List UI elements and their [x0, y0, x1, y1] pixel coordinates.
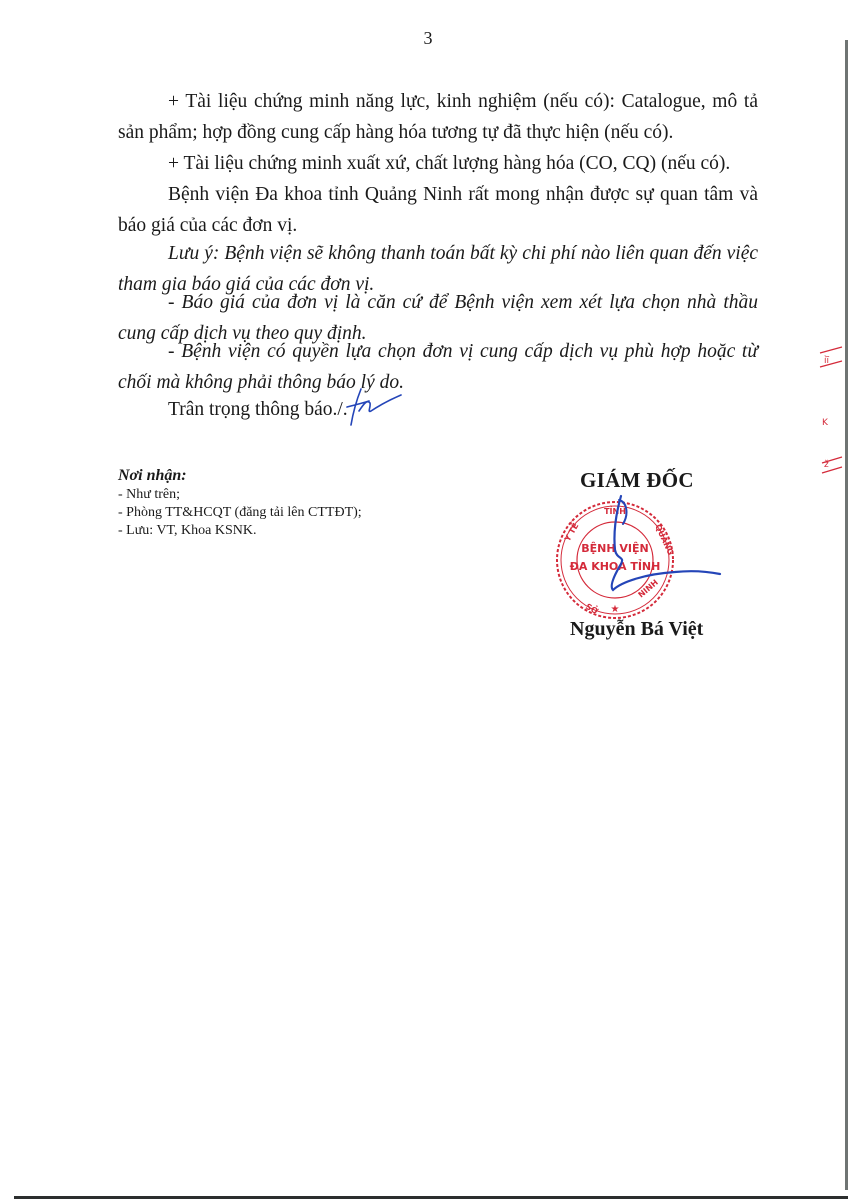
paragraph-closing: Trân trọng thông báo./.: [118, 394, 758, 425]
svg-text:K: K: [822, 418, 829, 428]
paragraph-hospital-request: Bệnh viện Đa khoa tỉnh Quảng Ninh rất mo…: [118, 179, 758, 241]
official-stamp-icon: TỈNH BỆNH VIỆN ĐA KHOA TỈNH Y TẾ QUẢNG S…: [555, 490, 735, 620]
svg-text:★: ★: [611, 604, 620, 615]
paragraph-origin-docs: + Tài liệu chứng minh xuất xứ, chất lượn…: [118, 148, 758, 179]
recipients-heading: Nơi nhận:: [118, 466, 362, 486]
paragraph-capability-docs: + Tài liệu chứng minh năng lực, kinh ngh…: [118, 86, 758, 148]
svg-text:TỈNH: TỈNH: [604, 505, 626, 516]
page-number: 3: [424, 28, 433, 49]
initial-signature-icon: [337, 383, 407, 433]
scan-page-edge-bottom: [14, 1196, 848, 1199]
scan-page-edge-right: [845, 40, 848, 1190]
svg-text:NINH: NINH: [637, 578, 660, 600]
recipient-item: - Như trên;: [118, 486, 362, 504]
svg-text:SỞ: SỞ: [584, 599, 601, 616]
signatory-name: Nguyễn Bá Việt: [570, 618, 703, 641]
svg-text:ỉĩ: ỉĩ: [824, 355, 830, 366]
svg-text:ž: ž: [824, 460, 829, 470]
recipient-item: - Phòng TT&HCQT (đăng tải lên CTTĐT);: [118, 504, 362, 522]
paragraph-note-rights: - Bệnh viện có quyền lựa chọn đơn vị cun…: [118, 336, 758, 398]
seal-fragment-icon: ỉĩ K ž: [818, 345, 844, 485]
recipients-block: Nơi nhận: - Như trên; - Phòng TT&HCQT (đ…: [118, 466, 362, 540]
recipient-item: - Lưu: VT, Khoa KSNK.: [118, 522, 362, 540]
svg-text:ĐA KHOA TỈNH: ĐA KHOA TỈNH: [570, 559, 661, 573]
svg-text:QUẢNG: QUẢNG: [653, 522, 677, 556]
